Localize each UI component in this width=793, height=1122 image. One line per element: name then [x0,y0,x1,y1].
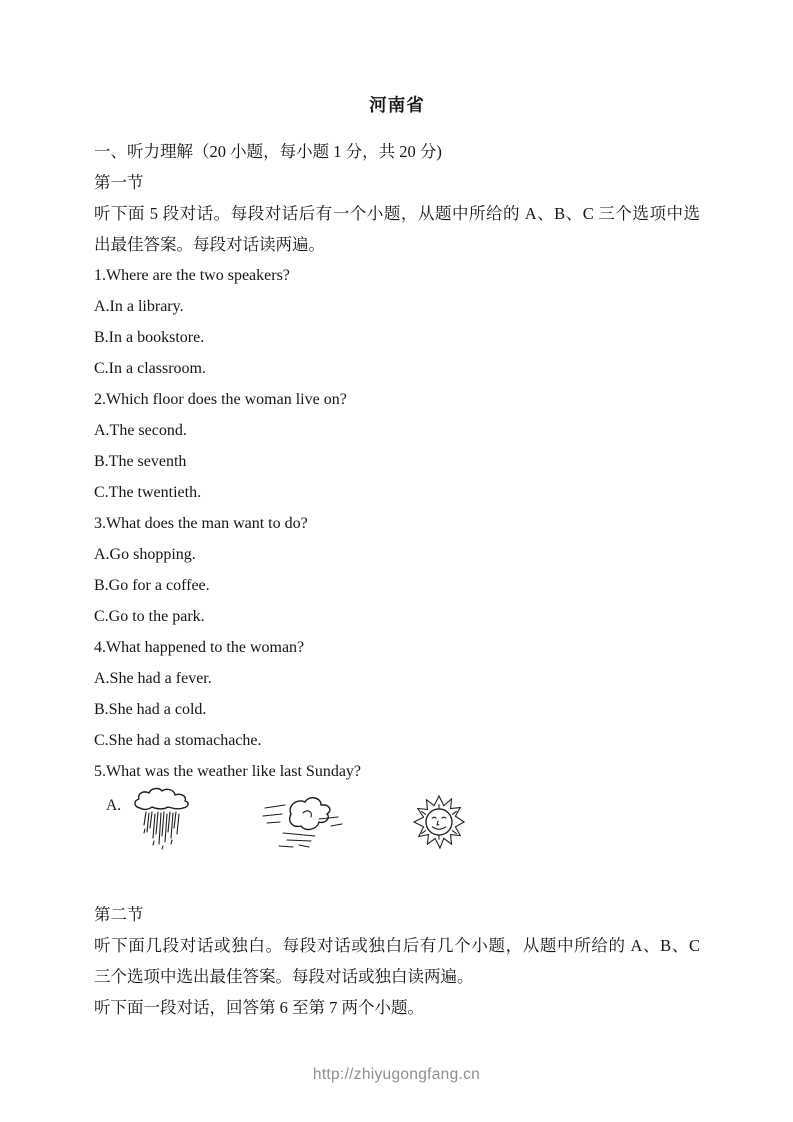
question-3-option-c: C.Go to the park. [94,601,700,632]
footer-url: http://zhiyugongfang.cn [0,1066,793,1084]
question-2-option-c: C.The twentieth. [94,477,700,508]
question-3-text: 3.What does the man want to do? [94,508,700,539]
question-4-option-a: A.She had a fever. [94,663,700,694]
question-1-option-c: C.In a classroom. [94,353,700,384]
document-page: 河南省 一、听力理解（20 小题，每小题 1 分，共 20 分) 第一节 听下面… [0,0,793,1122]
document-content: 河南省 一、听力理解（20 小题，每小题 1 分，共 20 分) 第一节 听下面… [94,92,700,1023]
windy-weather-icon [262,791,344,851]
question-5-picture-option-b [262,787,344,851]
question-1-option-a: A.In a library. [94,291,700,322]
part1-instructions-line2: 出最佳答案。每段对话读两遍。 [94,229,700,260]
part1-instructions-line1: 听下面 5 段对话。每段对话后有一个小题，从题中所给的 A、B、C 三个选项中选 [94,198,700,229]
part2-instructions-line1: 听下面几段对话或独白。每段对话或独白后有几个小题，从题中所给的 A、B、C [94,930,700,961]
question-4-option-c: C.She had a stomachache. [94,725,700,756]
question-4-text: 4.What happened to the woman? [94,632,700,663]
question-2-text: 2.Which floor does the woman live on? [94,384,700,415]
question-5-text: 5.What was the weather like last Sunday? [94,756,700,787]
question-4-option-b: B.She had a cold. [94,694,700,725]
question-3-option-a: A.Go shopping. [94,539,700,570]
part2-dialog-prompt: 听下面一段对话，回答第 6 至第 7 两个小题。 [94,992,700,1023]
rainy-weather-icon [130,787,192,851]
sunny-weather-icon [412,793,466,851]
section-heading: 一、听力理解（20 小题，每小题 1 分，共 20 分) [94,136,700,167]
question-5-picture-option-c [412,787,466,851]
question-2-option-a: A.The second. [94,415,700,446]
question-5-picture-options: A. [94,787,700,899]
part2-instructions-line2: 三个选项中选出最佳答案。每段对话或独白读两遍。 [94,961,700,992]
question-3-option-b: B.Go for a coffee. [94,570,700,601]
question-2-option-b: B.The seventh [94,446,700,477]
part1-label: 第一节 [94,167,700,198]
part2-label: 第二节 [94,899,700,930]
question-1-text: 1.Where are the two speakers? [94,260,700,291]
question-5-picture-option-a-label: A. [106,797,121,815]
page-title: 河南省 [94,92,700,118]
question-1-option-b: B.In a bookstore. [94,322,700,353]
question-5-picture-option-a: A. [106,787,192,851]
